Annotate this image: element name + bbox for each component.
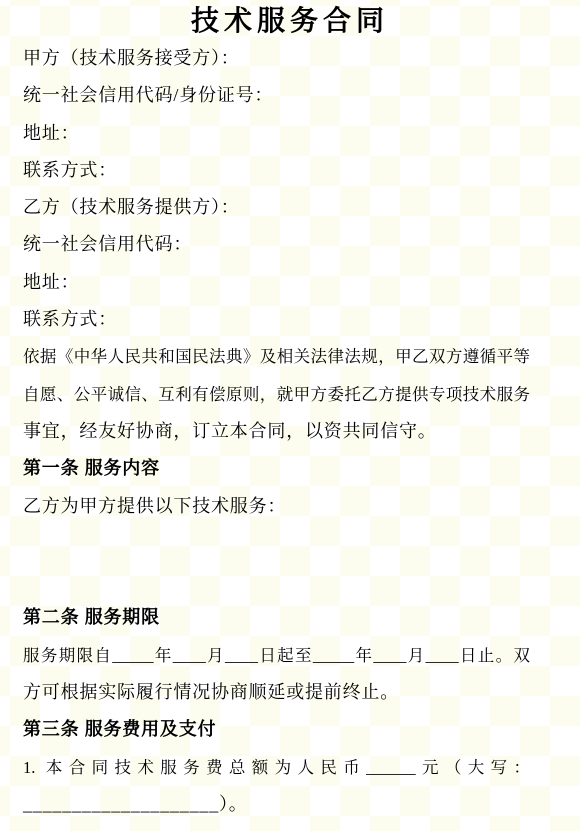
clause-1-body: 乙方为甲方提供以下技术服务： <box>23 488 530 525</box>
blank-line <box>23 525 530 562</box>
clause-3-fee-line-1: 1. 本合同技术服务费总额为人民币______元（大写： <box>23 749 530 786</box>
clause-3-heading: 第三条 服务费用及支付 <box>23 711 530 748</box>
party-a-credit-code-label: 统一社会信用代码/身份证号： <box>23 77 530 114</box>
party-a-address-label: 地址： <box>23 115 530 152</box>
preamble-line-2: 自愿、公平诚信、互利有偿原则，就甲方委托乙方提供专项技术服务 <box>23 376 530 413</box>
party-b-label: 乙方（技术服务提供方）： <box>23 189 530 226</box>
contract-title: 技术服务合同 <box>0 0 580 40</box>
party-a-label: 甲方（技术服务接受方）： <box>23 40 530 77</box>
clause-2-heading: 第二条 服务期限 <box>23 599 530 636</box>
contract-document: 技术服务合同 甲方（技术服务接受方）： 统一社会信用代码/身份证号： 地址： 联… <box>0 0 580 831</box>
clause-2-term-line-2: 方可根据实际履行情况协商顺延或提前终止。 <box>23 674 530 711</box>
party-b-credit-code-label: 统一社会信用代码： <box>23 226 530 263</box>
contract-body: 甲方（技术服务接受方）： 统一社会信用代码/身份证号： 地址： 联系方式： 乙方… <box>0 40 530 823</box>
clause-1-heading: 第一条 服务内容 <box>23 450 530 487</box>
blank-line <box>23 562 530 599</box>
party-a-contact-label: 联系方式： <box>23 152 530 189</box>
party-b-address-label: 地址： <box>23 264 530 301</box>
preamble-line-3: 事宜，经友好协商，订立本合同，以资共同信守。 <box>23 413 530 450</box>
preamble-line-1: 依据《中华人民共和国民法典》及相关法律法规，甲乙双方遵循平等 <box>23 338 530 375</box>
clause-2-term-line-1: 服务期限自_____年____月____日起至_____年____月____日止… <box>23 637 530 674</box>
clause-3-fee-line-2: ____________________）。 <box>23 786 530 823</box>
party-b-contact-label: 联系方式： <box>23 301 530 338</box>
